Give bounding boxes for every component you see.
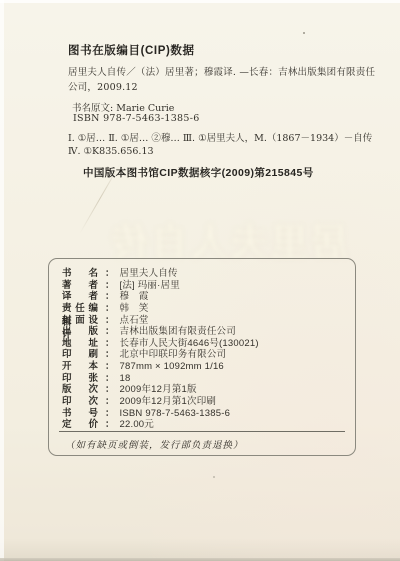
classification-line-2: Ⅳ. ①K835.656.13: [68, 145, 388, 158]
colophon-divider: [59, 431, 345, 432]
bibliographic-entry: 居里夫人自传／（法）居里著；穆霞译. —长春：吉林出版集团有限责任公司，2009…: [68, 66, 380, 95]
return-policy-note: （如有缺页或倒装，发行部负责退换）: [65, 437, 244, 451]
copyright-page: 居里夫人自传 图书在版编目(CIP)数据 居里夫人自传／（法）居里著；穆霞译. …: [0, 0, 400, 561]
colophon-row-edition: 版次：2009年12月第1版: [62, 381, 355, 393]
colophon-row-title: 书名：居里夫人自传: [62, 265, 355, 277]
colophon-row-printer: 印刷：北京中印联印务有限公司: [62, 346, 355, 358]
colophon-row-translator: 译者：穆 霞: [62, 288, 355, 300]
classification-line-1: Ⅰ. ①居… Ⅱ. ①居… ②穆… Ⅲ. ①居里夫人，M.（1867－1934）…: [68, 132, 388, 145]
colophon-value: 2009年12月第1次印刷: [120, 393, 217, 407]
colophon-row-address: 地址：长春市人民大街4646号(130021): [62, 335, 355, 347]
colophon-value: 北京中印联印务有限公司: [120, 346, 227, 360]
colophon-value: 787mm × 1092mm 1/16: [120, 361, 224, 372]
colophon-row-author: 著者：[法] 玛丽·居里: [62, 277, 355, 289]
scan-edge-left: [0, 0, 4, 561]
cip-data-heading: 图书在版编目(CIP)数据: [68, 42, 195, 58]
colophon-separator: ：: [105, 416, 115, 430]
scan-speck: [213, 476, 215, 478]
isbn-line: ISBN 978-7-5463-1385-6: [73, 113, 200, 124]
colophon-label: 定价: [62, 416, 98, 430]
scan-speck: [303, 32, 305, 34]
colophon-row-cover-design: 封面设计：点石堂: [62, 312, 355, 324]
classification-lines: Ⅰ. ①居… Ⅱ. ①居… ②穆… Ⅲ. ①居里夫人，M.（1867－1934）…: [68, 132, 388, 158]
colophon-box: 书名：居里夫人自传 著者：[法] 玛丽·居里 译者：穆 霞 责任编辑：韩 笑 封…: [48, 258, 356, 456]
colophon-row-publisher: 出版：吉林出版集团有限责任公司: [62, 323, 355, 335]
cip-record-number: 中国版本图书馆CIP数据核字(2009)第215845号: [83, 165, 314, 180]
scan-edge-top: [0, 0, 400, 3]
colophon-value: 22.00元: [120, 416, 154, 430]
colophon-row-managing-editor: 责任编辑：韩 笑: [62, 300, 355, 312]
colophon-row-impression: 印次：2009年12月第1次印刷: [62, 393, 355, 405]
